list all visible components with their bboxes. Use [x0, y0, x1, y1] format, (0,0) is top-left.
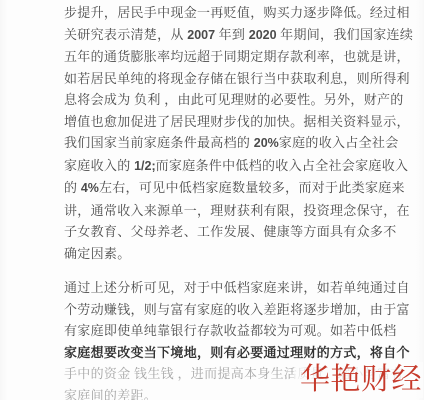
text-line: 的 4%左右，可见中低档家庭数量较多，而对于此类家庭来 — [64, 177, 412, 200]
text-line: 步提升，居民手中现金一再贬值，购买力逐步降低。经过相 — [64, 2, 412, 24]
text-line: 如若居民单纯的将现金存储在银行当中获取利息，则所得利 — [64, 68, 412, 90]
document-page: 步提升，居民手中现金一再贬值，购买力逐步降低。经过相关研究表示清楚，从 2007… — [0, 0, 424, 400]
text-line: 讲，通常收入来源单一，理财获利有限，投资理念保守，在 — [64, 200, 412, 222]
text-line: 家庭收入的 1/2;而家庭条件中低档的收入占全社会家庭收入 — [64, 155, 412, 178]
paragraph: 步提升，居民手中现金一再贬值，购买力逐步降低。经过相关研究表示清楚，从 2007… — [64, 2, 412, 264]
text-line: 息将会成为 负利 ，由此可见理财的必要性。另外，财产的 — [64, 89, 412, 111]
text-line: 确定因素。 — [64, 243, 412, 265]
watermark: 华艳财经 — [294, 362, 423, 398]
text-line: 有家庭即使单纯靠银行存款收益都较为可观。如若中低档 — [64, 320, 412, 342]
text-line: 个劳动赚钱，则与富有家庭的收入差距将逐步增加，由于富 — [64, 299, 412, 321]
text-line: 增值也愈加促进了居民理财步伐的加快。据相关资料显示， — [64, 111, 412, 133]
document-body: 步提升，居民手中现金一再贬值，购买力逐步降低。经过相关研究表示清楚，从 2007… — [64, 2, 412, 400]
text-line: 我们国家当前家庭条件最高档的 20%家庭的收入占全社会 — [64, 132, 412, 155]
text-line: 家庭想要改变当下境地，则有必要通过理财的方式，将自个 — [64, 342, 412, 364]
text-line: 关研究表示清楚，从 2007 年到 2020 年期间，我们国家连续 — [64, 24, 412, 47]
text-line: 五年的通货膨胀率均远超于同期定期存款利率，也就是讲， — [64, 46, 412, 68]
text-line: 通过上述分析可见，对于中低档家庭来讲，如若单纯通过自 — [64, 277, 412, 299]
text-line: 子女教育、父母养老、工作发展、健康等方面具有众多不 — [64, 221, 412, 243]
